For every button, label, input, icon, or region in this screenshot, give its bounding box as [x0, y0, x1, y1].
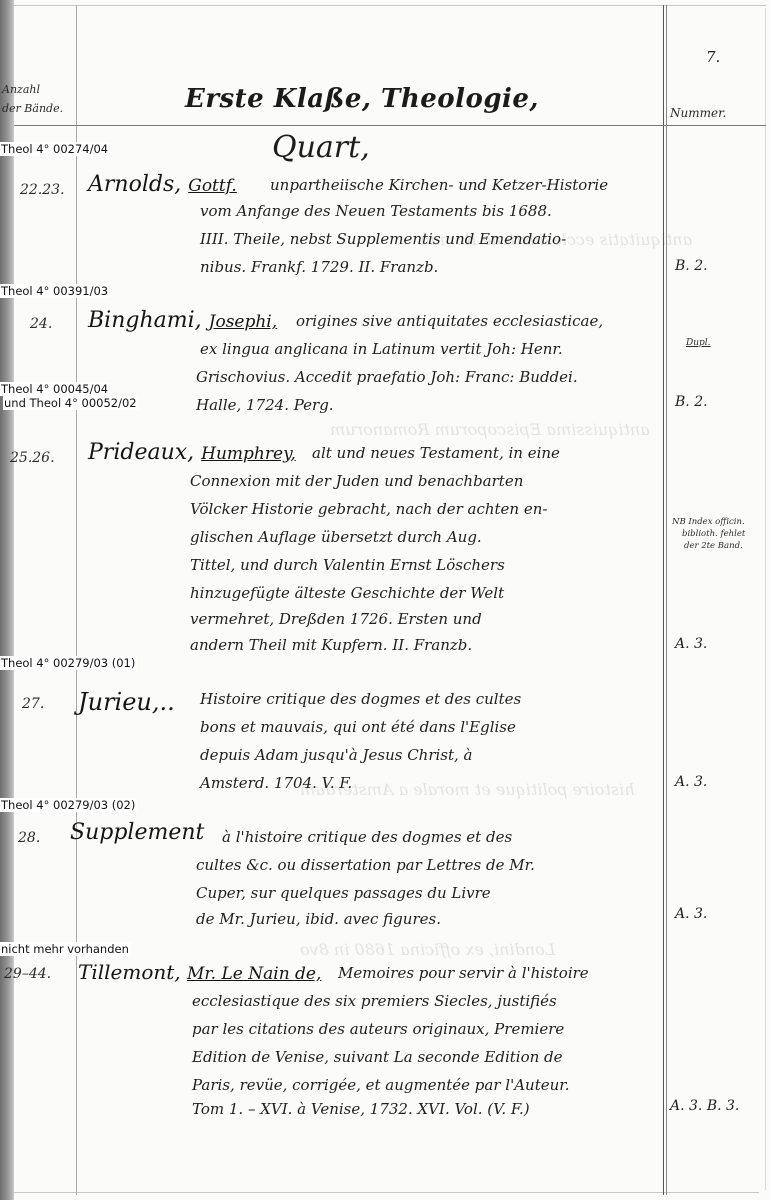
entry-text-line: hinzugefügte älteste Geschichte der Welt [190, 580, 504, 606]
header-volume-count: Anzahl der Bände. [2, 80, 63, 118]
bleed-through-text: antiquissima Episcoporum Romanorum [330, 420, 650, 439]
shelfmark-label: Theol 4° 00391/03 [0, 284, 110, 298]
entry-text-line: Edition de Venise, suivant La seconde Ed… [192, 1044, 563, 1070]
entry-author: Supplement [70, 820, 204, 845]
entry-text-line: de Mr. Jurieu, ibid. avec figures. [196, 906, 441, 932]
shelf-location: A. 3. B. 3. [670, 1098, 739, 1114]
author-surname: Jurieu,.. [78, 688, 175, 716]
header-number-column: Nummer. [670, 106, 726, 120]
shelfmark-label: Theol 4° 00279/03 (01) [0, 656, 137, 670]
shelf-location: A. 3. [675, 774, 707, 790]
entry-text-line: Amsterd. 1704. V. F. [200, 770, 352, 796]
entry-text-line: bons et mauvais, qui ont été dans l'Egli… [200, 714, 516, 740]
shelf-location: A. 3. [675, 906, 707, 922]
header-rule [14, 125, 766, 126]
margin-note-line: biblioth. fehlet [672, 528, 745, 540]
entry-text-line: alt und neues Testament, in eine [312, 440, 560, 466]
author-surname: Prideaux, [88, 440, 194, 465]
entry-text-line: ecclesiastique des six premiers Siecles,… [192, 988, 557, 1014]
shelf-location: B. 2. [675, 258, 708, 274]
shelf-location: B. 2. [675, 394, 708, 410]
author-given-name: Mr. Le Nain de, [187, 964, 321, 984]
margin-note-line: NB Index officin. [672, 516, 745, 528]
entry-text-line: nibus. Frankf. 1729. II. Franzb. [200, 254, 438, 280]
author-given-name: Gottf. [188, 176, 237, 196]
entry-text-line: à l'histoire critique des dogmes et des [222, 824, 512, 850]
entry-author: Prideaux, Humphrey, [88, 440, 296, 465]
entry-number: 25.26. [10, 450, 55, 466]
entry-text-line: unpartheiische Kirchen- und Ketzer-Histo… [270, 172, 608, 198]
shelfmark-label: nicht mehr vorhanden [0, 942, 131, 956]
entry-text-line: Halle, 1724. Perg. [196, 392, 334, 418]
entry-text-line: Tom 1. – XVI. à Venise, 1732. XVI. Vol. … [192, 1096, 530, 1122]
author-surname: Binghami, [88, 308, 202, 333]
margin-note: NB Index officin. biblioth. fehlet der 2… [672, 516, 745, 552]
shelfmark-label-secondary: und Theol 4° 00052/02 [3, 396, 139, 410]
entry-number: 28. [18, 830, 40, 846]
entry-author: Arnolds, Gottf. [88, 172, 237, 197]
entry-text-line: Connexion mit der Juden und benachbarten [190, 468, 523, 494]
entry-author: Tillemont, Mr. Le Nain de, [78, 960, 321, 984]
margin-note-line: der 2te Band. [672, 540, 745, 552]
entry-text-line: cultes &c. ou dissertation par Lettres d… [196, 852, 535, 878]
book-binding-shadow [0, 0, 14, 1200]
entry-text-line: ex lingua anglicana in Latinum vertit Jo… [200, 336, 563, 362]
entry-text-line: Völcker Historie gebracht, nach der acht… [190, 496, 547, 522]
page-edge-bottom [14, 1192, 759, 1193]
page-edge-right [765, 8, 766, 1190]
right-margin-rule [663, 5, 664, 1195]
entry-text-line: depuis Adam jusqu'à Jesus Christ, à [200, 742, 473, 768]
manuscript-page: antiquitatis ecclesiasticae Roman antiqu… [0, 0, 771, 1200]
author-surname: Arnolds, [88, 172, 181, 197]
duplicate-note: Dupl. [686, 338, 711, 348]
author-given-name: Humphrey, [201, 444, 296, 464]
author-surname: Tillemont, [78, 960, 181, 984]
right-margin-rule-double [666, 5, 667, 1195]
author-given-name: Josephi, [209, 312, 278, 332]
format-label: Quart, [272, 130, 370, 165]
entry-text-line: Paris, revüe, corrigée, et augmentée par… [192, 1072, 570, 1098]
page-number: 7. [706, 48, 720, 66]
page-edge-top [14, 5, 766, 6]
entry-number: 27. [22, 696, 44, 712]
shelf-location: A. 3. [675, 636, 707, 652]
header-label: Anzahl [2, 80, 63, 99]
author-surname: Supplement [70, 820, 204, 845]
shelfmark-label: Theol 4° 00279/03 (02) [0, 798, 137, 812]
entry-text-line: andern Theil mit Kupfern. II. Franzb. [190, 632, 472, 658]
entry-text-line: vermehret, Dreßden 1726. Ersten und [190, 606, 482, 632]
entry-text-line: Tittel, und durch Valentin Ernst Löscher… [190, 552, 505, 578]
shelfmark-label: Theol 4° 00045/04 [0, 382, 110, 396]
entry-text-line: glischen Auflage übersetzt durch Aug. [190, 524, 482, 550]
entry-text-line: par les citations des auteurs originaux,… [192, 1016, 564, 1042]
entry-text-line: Cuper, sur quelques passages du Livre [196, 880, 491, 906]
entry-author: Binghami, Josephi, [88, 308, 277, 333]
entry-number: 22.23. [20, 182, 65, 198]
entry-text-line: IIII. Theile, nebst Supplementis und Eme… [200, 226, 566, 252]
entry-text-line: vom Anfange des Neuen Testaments bis 168… [200, 198, 552, 224]
entry-text-line: Histoire critique des dogmes et des cult… [200, 686, 521, 712]
entry-text-line: Grischovius. Accedit praefatio Joh: Fran… [196, 364, 578, 390]
left-margin-rule [76, 5, 77, 1195]
page-title: Erste Klaße, Theologie, [185, 84, 539, 114]
entry-number: 29–44. [4, 966, 51, 982]
header-label: der Bände. [2, 99, 63, 118]
entry-number: 24. [30, 316, 52, 332]
shelfmark-label: Theol 4° 00274/04 [0, 142, 110, 156]
entry-text-line: Memoires pour servir à l'histoire [338, 960, 589, 986]
entry-text-line: origines sive antiquitates ecclesiastica… [296, 308, 603, 334]
entry-author: Jurieu,.. [78, 688, 175, 716]
bleed-through-text: Londini, ex officina 1680 in 8vo [300, 940, 555, 959]
